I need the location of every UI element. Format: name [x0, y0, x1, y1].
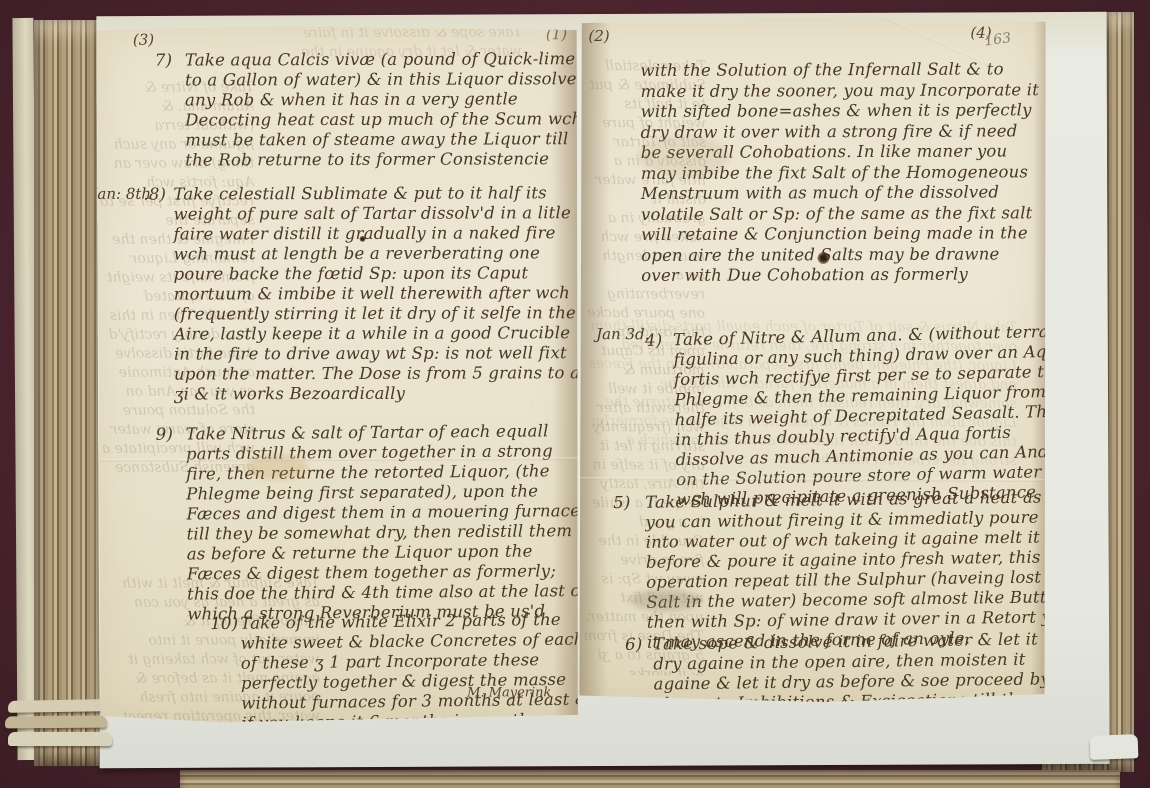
entry-number: 6) [625, 635, 653, 655]
recipe-entry-5: 5)Take Sulphur & melt it with as great a… [613, 487, 1075, 653]
recipe-entry-8: .8)Take celestiall Sublimate & put to it… [143, 183, 592, 405]
page-stack-left [34, 20, 104, 766]
page-curl-3 [8, 732, 112, 746]
manuscript-page-right: Take celestiall Sublimate & put to it ha… [578, 17, 1048, 703]
page-number: (2) [588, 27, 609, 45]
ink-blot [360, 236, 366, 242]
recipe-entry-4: 4)Take of Nitre & Allum ana. & (without … [645, 322, 1071, 511]
entry-number: .8) [143, 185, 173, 205]
entry-text: Take of the white Elixir 2 parts of the … [240, 610, 590, 733]
paper-stain [630, 589, 702, 611]
mount-corner-right [1090, 734, 1139, 760]
entry-text: Take celestiall Sublimate & put to it ha… [173, 183, 580, 403]
page-number: (3) [133, 31, 154, 49]
folio-number-pencil: 163 [983, 30, 1012, 49]
margin-date: Jan 3d. [596, 325, 649, 343]
paper-stain [246, 454, 308, 480]
entry-text: Take Nitrus & salt of Tartar of each equ… [186, 421, 587, 623]
entry-number: 10) [210, 614, 240, 634]
ink-blot [817, 252, 829, 264]
manuscript-book-photo: Take of Nitre & Allum ana. & (without te… [0, 0, 1150, 788]
page-stack-bottom [180, 770, 1120, 788]
manuscript-page-left: Take of Nitre & Allum ana. & (without te… [97, 25, 579, 723]
recipe-entry-9: 9)Take Nitrus & salt of Tartar of each e… [156, 421, 592, 625]
signature: M. Mayerink [467, 685, 551, 700]
entry-number: 9) [156, 425, 186, 445]
recipe-entry-7: 7)Take aqua Calcis vivæ (a pound of Quic… [155, 49, 587, 171]
paper-stain [638, 135, 730, 177]
margin-date: Jan: 8th [91, 185, 151, 203]
entry-number: 4) [645, 330, 673, 351]
entry-number: 7) [155, 51, 185, 71]
gutter-shadow-right [578, 17, 611, 701]
page-curl-2 [5, 716, 107, 729]
entry-text: Take aqua Calcis vivæ (a pound of Quick-… [185, 49, 583, 169]
entry-number: 5) [613, 493, 645, 513]
entry-text: Take Sulphur & melt it with as great a h… [645, 488, 1068, 652]
page-curl-1 [8, 699, 106, 713]
